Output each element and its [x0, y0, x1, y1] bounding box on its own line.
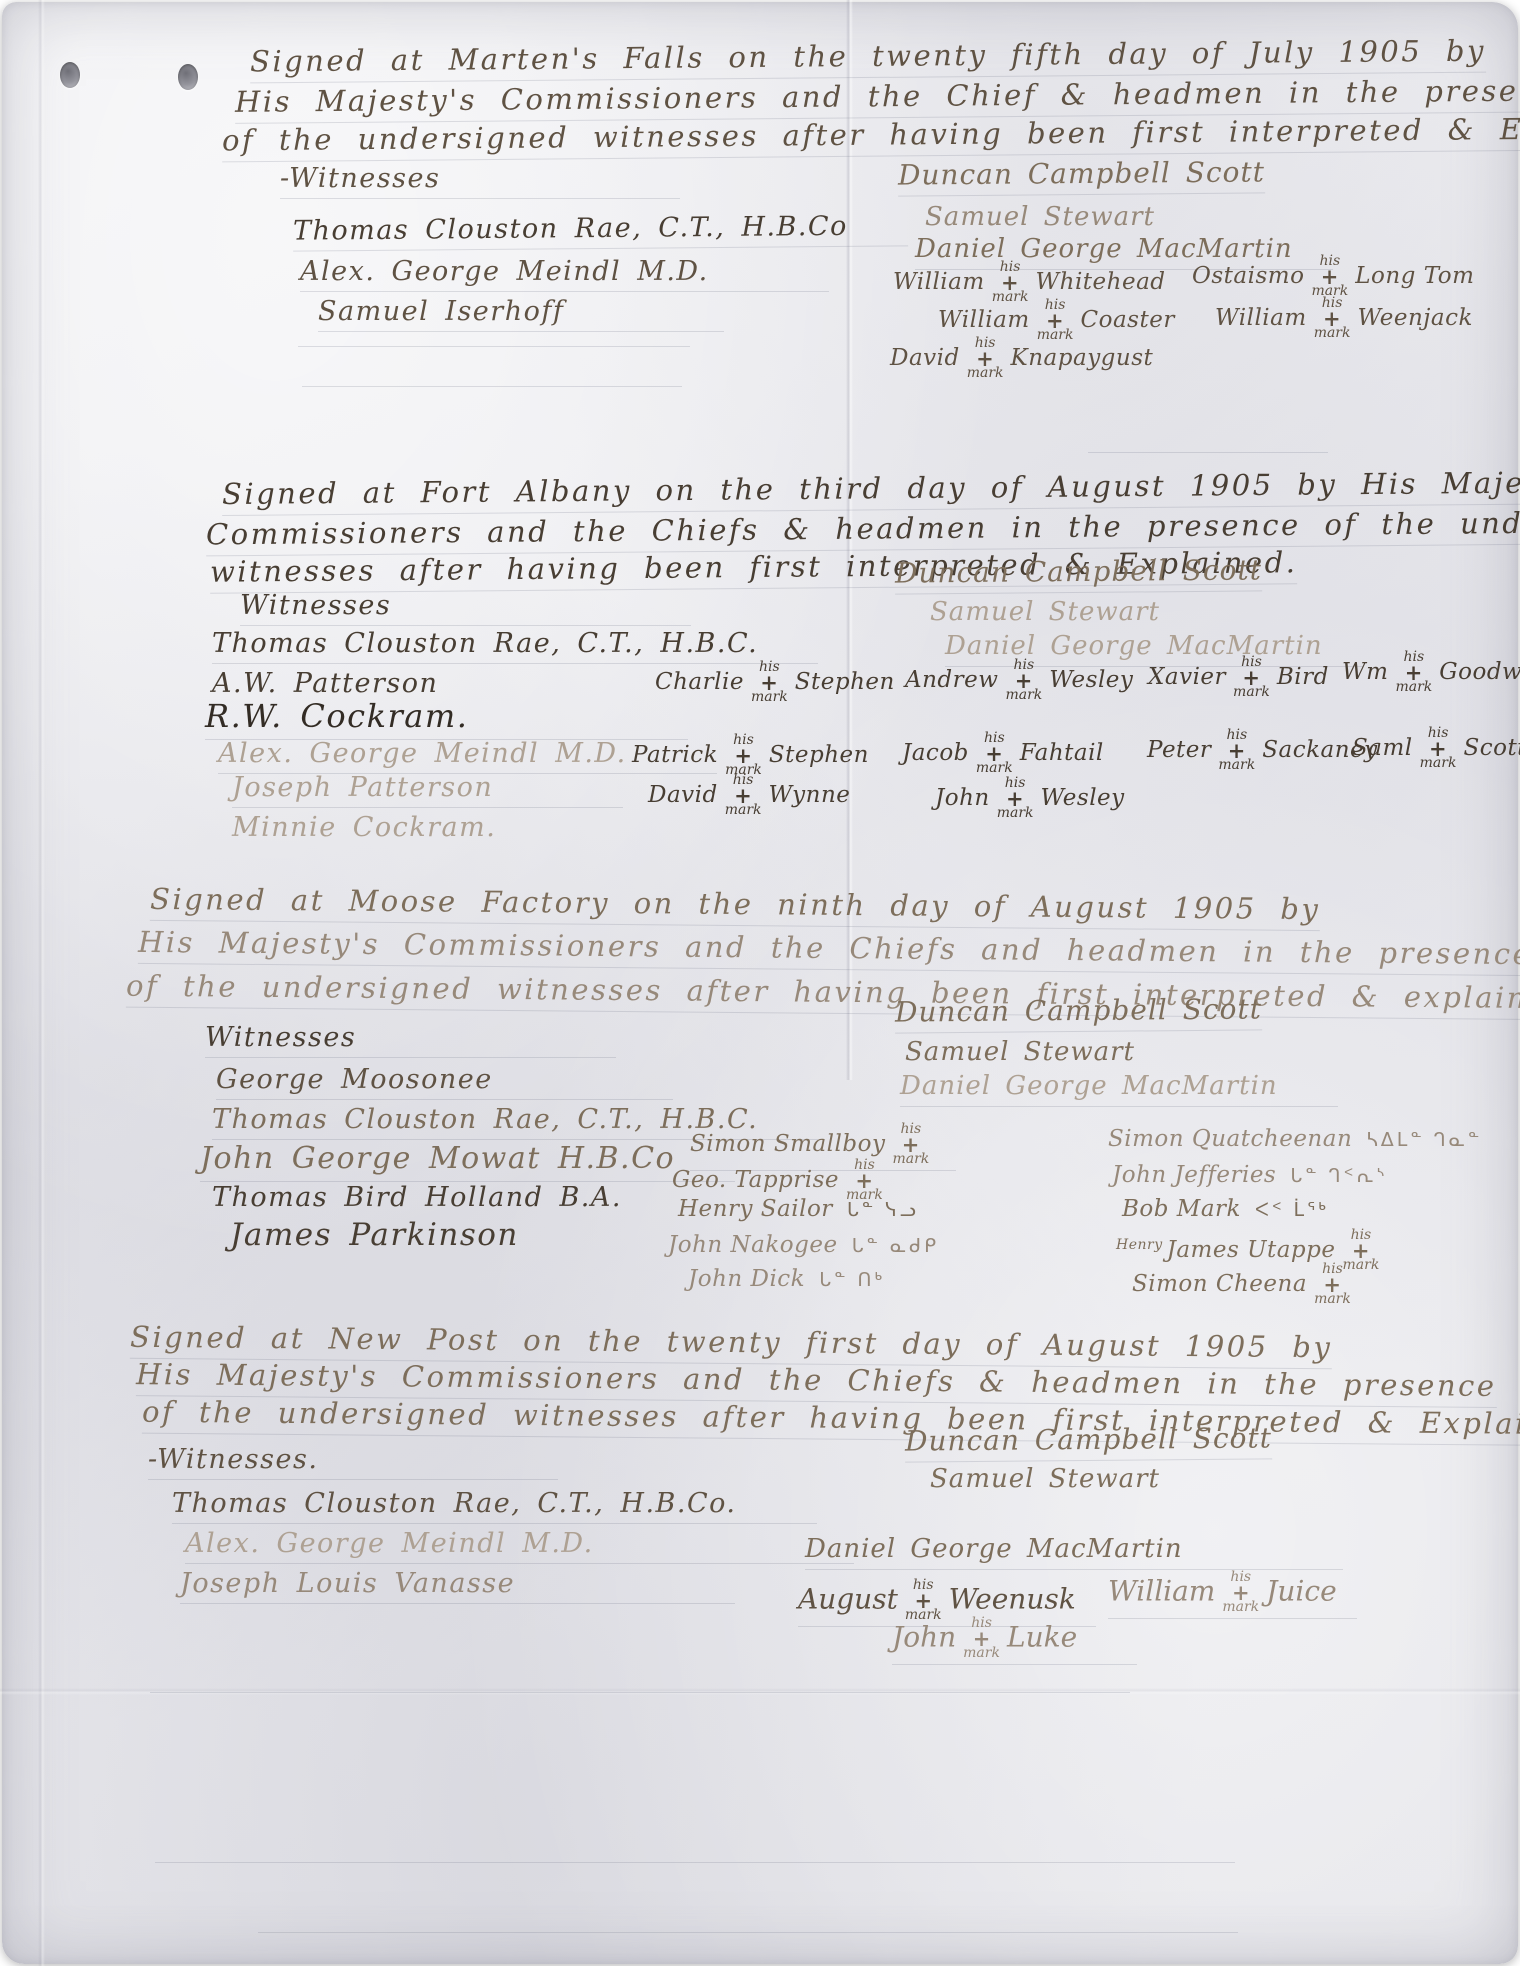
witness-signature: Thomas Clouston Rae, C.T., H.B.Co — [293, 210, 908, 251]
punch-hole — [178, 64, 198, 90]
mark-signature: Patrickhis+markStephen — [632, 735, 869, 777]
mark-signature: Williamhis+markJuice — [1108, 1572, 1357, 1619]
his-mark-cross: his+mark — [992, 262, 1029, 304]
signer-last-name: Juice — [1266, 1574, 1336, 1607]
ruled-line — [302, 386, 682, 387]
signer-name: Simon Quatcheenan — [1108, 1126, 1352, 1152]
his-mark-cross: his+mark — [963, 1618, 1000, 1660]
witnesses-label: -Witnesses. — [148, 1444, 558, 1480]
witness-signature: A.W. Patterson — [212, 668, 438, 699]
signer-last-name: Long Tom — [1355, 263, 1474, 289]
his-mark-cross: his+mark — [1005, 660, 1042, 702]
signer-last-name: Whitehead — [1036, 269, 1166, 295]
his-mark-cross: his+mark — [1222, 1572, 1259, 1614]
mark-signature: Johnhis+markLuke — [892, 1618, 1137, 1665]
signer-first-name: David — [890, 345, 960, 371]
his-mark-cross: his+mark — [1314, 1264, 1351, 1306]
his-mark-cross: his+mark — [1218, 730, 1255, 772]
signer-name: John Dick — [688, 1266, 805, 1292]
his-mark-cross: his+mark — [725, 775, 762, 817]
witness-signature: John George Mowat H.B.Co — [200, 1142, 735, 1182]
his-mark-cross: his+mark — [892, 1124, 929, 1166]
signer-first-name: Andrew — [905, 667, 998, 693]
signer-first-name: William — [938, 307, 1030, 333]
signer-first-name: Ostaismo — [1192, 263, 1304, 289]
ruled-line — [150, 1692, 1130, 1693]
signer-first-name: Peter — [1147, 737, 1211, 763]
signer-name: John Jefferies — [1112, 1162, 1276, 1188]
signer-first-name: Patrick — [632, 742, 718, 768]
signer-last-name: Knapaygust — [1011, 345, 1154, 371]
his-mark-cross: his+mark — [997, 778, 1034, 820]
witness-signature: Thomas Clouston Rae, C.T., H.B.C. — [212, 628, 818, 664]
commissioner-signature: Daniel George MacMartin — [805, 1535, 1343, 1570]
witness-signature: Alex. George Meindl M.D. — [300, 256, 829, 292]
signer-last-name: Luke — [1007, 1620, 1077, 1653]
signer-name: Simon Smallboy — [690, 1131, 885, 1157]
signer-last-name: Coaster — [1081, 307, 1175, 333]
signer-first-name: John — [892, 1620, 956, 1653]
witness-signature: George Moosonee — [216, 1064, 673, 1100]
ruled-line — [1088, 452, 1328, 453]
signer-first-name: William — [893, 269, 985, 295]
signer-name: Henry Sailor — [678, 1196, 833, 1222]
commissioner-signature: Duncan Campbell Scott — [895, 993, 1262, 1033]
signer-last-name: Weenusk — [949, 1582, 1076, 1615]
signer-last-name: Wesley — [1041, 785, 1125, 811]
commissioner-signature: Daniel George MacMartin — [900, 1072, 1338, 1107]
signer-name: James Utappe — [1167, 1237, 1336, 1263]
his-mark-cross: his+mark — [1314, 298, 1351, 340]
witness-signature: Joseph Louis Vanasse — [180, 1568, 735, 1604]
ruled-line — [155, 1862, 1235, 1863]
signer-name: Simon Cheena — [1132, 1271, 1307, 1297]
mark-signature: Williamhis+markWhitehead — [893, 262, 1166, 304]
ruled-line — [298, 346, 690, 347]
commissioner-signature: Duncan Campbell Scott — [895, 554, 1262, 594]
mark-signature: Simon Cheenahis+mark — [1132, 1264, 1358, 1306]
syllabic-mark: ᒐᓐ ᑎᒃ — [819, 1269, 885, 1291]
syllabic-signature: Simon Quatcheenanᓴᐃᒪᓐ ᒉᓇᓐ — [1108, 1126, 1482, 1152]
mark-signature: Johnhis+markWesley — [935, 778, 1125, 820]
mark-signature: Wmhis+markGoodwin — [1342, 652, 1520, 694]
mark-signature: Williamhis+markCoaster — [938, 300, 1175, 342]
his-mark-cross: his+mark — [905, 1580, 942, 1622]
mark-signature: Williamhis+markWeenjack — [1215, 298, 1473, 340]
commissioner-signature: Duncan Campbell Scott — [898, 156, 1265, 196]
ruled-line — [258, 1932, 1238, 1933]
commissioner-signature: Samuel Stewart — [930, 1465, 1160, 1495]
his-mark-cross: his+mark — [967, 338, 1004, 380]
signer-last-name: Stephen — [769, 742, 869, 768]
signer-first-name: Saml — [1352, 735, 1413, 761]
syllabic-signature: Bob Markᐸᑉ ᒫᕐᒃ — [1122, 1196, 1329, 1222]
signer-first-name: Charlie — [655, 669, 744, 695]
signer-last-name: Goodwin — [1439, 659, 1520, 685]
witness-signature: R.W. Cockram. — [205, 698, 688, 740]
syllabic-signature: John Jefferiesᒐᓐ ᒉᑉᕆᔅ — [1112, 1162, 1388, 1188]
his-mark-cross: his+mark — [1395, 652, 1432, 694]
mark-signature: Andrewhis+markWesley — [905, 660, 1133, 702]
mark-signature: Peterhis+markSackaney — [1147, 730, 1378, 772]
witness-signature: Thomas Bird Holland B.A. — [212, 1182, 622, 1213]
signer-last-name: Bird — [1277, 664, 1329, 690]
signer-first-name: Xavier — [1148, 664, 1226, 690]
signer-last-name: Weenjack — [1358, 305, 1473, 331]
signer-first-name: David — [648, 782, 718, 808]
syllabic-mark: ᒐᓐ ᒉᑉᕆᔅ — [1290, 1165, 1387, 1187]
witness-signature: Thomas Clouston Rae, C.T., H.B.Co. — [172, 1488, 817, 1524]
his-mark-cross: his+mark — [1311, 256, 1348, 298]
mark-signature: Ostaismohis+markLong Tom — [1192, 256, 1474, 298]
commissioner-signature: Samuel Stewart — [905, 1038, 1135, 1068]
commissioner-signature: Samuel Stewart — [925, 203, 1155, 233]
syllabic-mark: ᒐᓐ ᓇᑯᑭ — [852, 1235, 939, 1257]
witness-signature: Minnie Cockram. — [232, 812, 496, 843]
signer-last-name: Wynne — [769, 782, 851, 808]
witnesses-label: -Witnesses — [280, 163, 680, 199]
signer-first-name: Jacob — [902, 740, 969, 766]
signer-first-name: William — [1215, 305, 1307, 331]
signer-first-name: August — [798, 1582, 898, 1615]
commissioner-signature: Samuel Stewart — [930, 598, 1160, 628]
witnesses-label: Witnesses — [240, 590, 691, 626]
syllabic-mark: ᐸᑉ ᒫᕐᒃ — [1255, 1199, 1329, 1221]
witness-signature: Joseph Patterson — [232, 772, 623, 808]
signer-middle-name: Henry — [1116, 1237, 1163, 1253]
mark-signature: Davidhis+markKnapaygust — [890, 338, 1153, 380]
mark-signature: Charliehis+markStephen — [655, 662, 895, 704]
syllabic-signature: John Dickᒐᓐ ᑎᒃ — [688, 1266, 885, 1292]
scanned-document: Signed at Marten's Falls on the twenty f… — [0, 0, 1520, 1966]
mark-signature: Xavierhis+markBird — [1148, 657, 1329, 699]
his-mark-cross: his+mark — [751, 662, 788, 704]
his-mark-cross: his+mark — [976, 733, 1013, 775]
mark-signature: Samlhis+markScott — [1352, 728, 1520, 770]
signer-name: John Nakogee — [668, 1232, 838, 1258]
syllabic-signature: John Nakogeeᒐᓐ ᓇᑯᑭ — [668, 1232, 939, 1258]
syllabic-mark: ᓴᐃᒪᓐ ᒉᓇᓐ — [1366, 1129, 1482, 1151]
his-mark-cross: his+mark — [725, 735, 762, 777]
signer-first-name: John — [935, 785, 990, 811]
signer-last-name: Wesley — [1049, 667, 1133, 693]
signer-last-name: Fahtail — [1020, 740, 1104, 766]
witness-signature: Alex. George Meindl M.D. — [185, 1528, 854, 1564]
signer-first-name: Wm — [1342, 659, 1388, 685]
his-mark-cross: his+mark — [1037, 300, 1074, 342]
syllabic-signature: Henry Sailorᒐᓐ ᓭᓗ — [678, 1196, 919, 1222]
his-mark-cross: his+mark — [1420, 728, 1457, 770]
mark-signature: Davidhis+markWynne — [648, 775, 850, 817]
commissioner-signature: Duncan Campbell Scott — [905, 1422, 1272, 1462]
witness-signature: James Parkinson — [230, 1218, 519, 1254]
signer-last-name: Scott — [1463, 735, 1520, 761]
witness-signature: Samuel Iserhoff — [318, 296, 724, 332]
his-mark-cross: his+mark — [1233, 657, 1270, 699]
signer-name: Geo. Tapprise — [672, 1167, 839, 1193]
signer-last-name: Stephen — [795, 669, 895, 695]
syllabic-mark: ᒐᓐ ᓭᓗ — [847, 1199, 919, 1221]
witnesses-label: Witnesses — [205, 1022, 616, 1058]
mark-signature: Jacobhis+markFahtail — [902, 733, 1104, 775]
punch-hole — [60, 62, 80, 88]
signer-name: Bob Mark — [1122, 1196, 1241, 1222]
signer-first-name: William — [1108, 1574, 1215, 1607]
